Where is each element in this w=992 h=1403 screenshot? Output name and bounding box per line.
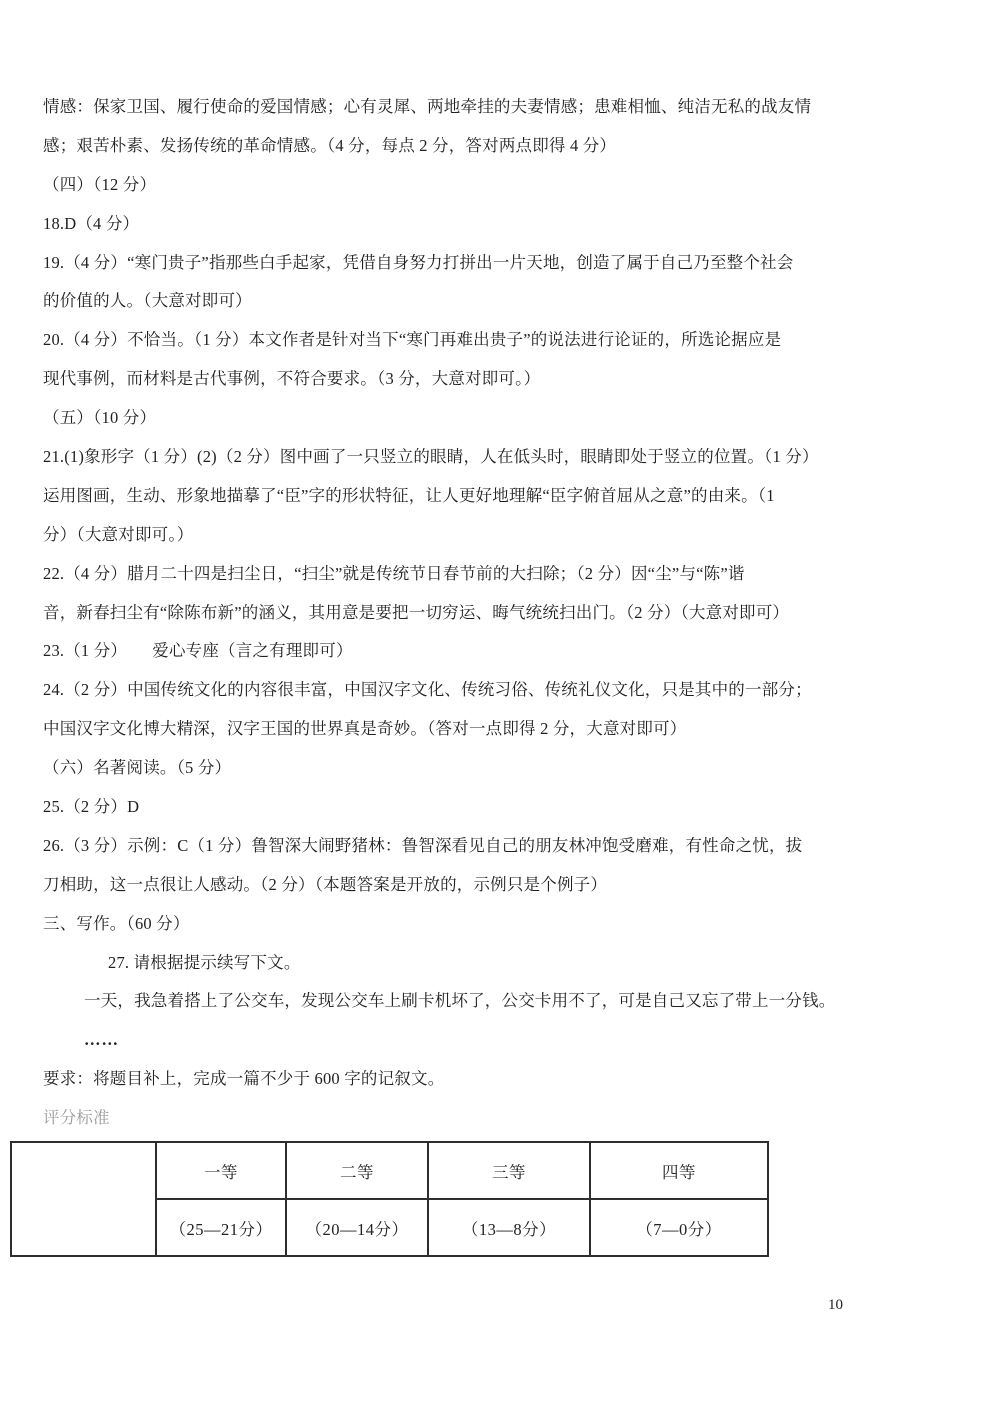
answer-19-line-2: 的价值的人。（大意对即可） [43,282,972,321]
section-five-heading: （五）（10 分） [43,399,972,438]
answer-22-line-2: 音，新春扫尘有“除陈布新”的涵义，其用意是要把一切穷运、晦气统统扫出门。（2 分… [43,594,972,633]
table-header-grade-1: 一等 [156,1142,286,1199]
table-header-grade-3: 三等 [428,1142,590,1199]
answer-23: 23.（1 分） 爱心专座（言之有理即可） [43,632,972,671]
table-header-grade-4: 四等 [590,1142,768,1199]
grading-table: 一等 二等 三等 四等 （25—21分） （20—14分） （13—8分） （7… [10,1141,769,1257]
text-line-emotions-1: 情感：保家卫国、履行使命的爱国情感；心有灵犀、两地牵挂的夫妻情感；患难相恤、纯洁… [43,88,972,127]
table-range-grade-4: （7—0分） [590,1199,768,1256]
text-line-emotions-2: 感；艰苦朴素、发扬传统的革命情感。（4 分，每点 2 分，答对两点即得 4 分） [43,127,972,166]
table-header-grade-2: 二等 [286,1142,428,1199]
question-27-prompt: 27. 请根据提示续写下文。 [43,944,972,983]
ellipsis-line: …… [43,1021,972,1060]
answer-20-line-2: 现代事例，而材料是古代事例，不符合要求。（3 分，大意对即可。） [43,360,972,399]
section-three-writing-heading: 三、写作。（60 分） [43,905,972,944]
answer-key-text: 情感：保家卫国、履行使命的爱国情感；心有灵犀、两地牵挂的夫妻情感；患难相恤、纯洁… [43,88,972,1138]
answer-18: 18.D（4 分） [43,205,972,244]
answer-24-line-2: 中国汉字文化博大精深，汉字王国的世界真是奇妙。（答对一点即得 2 分，大意对即可… [43,710,972,749]
grading-criteria-label: 评分标准 [43,1099,972,1138]
table-header-row: 一等 二等 三等 四等 [11,1142,768,1199]
answer-22-line-1: 22.（4 分）腊月二十四是扫尘日，“扫尘”就是传统节日春节前的大扫除；（2 分… [43,555,972,594]
answer-24-line-1: 24.（2 分）中国传统文化的内容很丰富，中国汉字文化、传统习俗、传统礼仪文化，… [43,671,972,710]
answer-20-line-1: 20.（4 分）不恰当。（1 分）本文作者是针对当下“寒门再难出贵子”的说法进行… [43,321,972,360]
answer-21-line-2: 运用图画，生动、形象地描摹了“臣”字的形状特征，让人更好地理解“臣字俯首屈从之意… [43,477,972,516]
table-range-grade-1: （25—21分） [156,1199,286,1256]
table-cell-empty [11,1142,156,1256]
answer-21-line-1: 21.(1)象形字（1 分）(2)（2 分）图中画了一只竖立的眼睛，人在低头时，… [43,438,972,477]
section-six-heading: （六）名著阅读。（5 分） [43,749,972,788]
answer-26-line-2: 刀相助，这一点很让人感动。（2 分）（本题答案是开放的，示例只是个例子） [43,866,972,905]
answer-26-line-1: 26.（3 分）示例：C（1 分）鲁智深大闹野猪林：鲁智深看见自己的朋友林冲饱受… [43,827,972,866]
answer-25: 25.（2 分）D [43,788,972,827]
writing-requirements: 要求：将题目补上，完成一篇不少于 600 字的记叙文。 [43,1060,972,1099]
table-range-grade-3: （13—8分） [428,1199,590,1256]
writing-prompt-text: 一天，我急着搭上了公交车，发现公交车上刷卡机坏了，公交卡用不了，可是自己又忘了带… [43,982,972,1021]
document-page: 情感：保家卫国、履行使命的爱国情感；心有灵犀、两地牵挂的夫妻情感；患难相恤、纯洁… [0,0,992,1403]
page-number: 10 [828,1297,843,1314]
table-range-grade-2: （20—14分） [286,1199,428,1256]
answer-21-line-3: 分）（大意对即可。） [43,516,972,555]
answer-19-line-1: 19.（4 分）“寒门贵子”指那些白手起家，凭借自身努力打拼出一片天地，创造了属… [43,244,972,283]
section-four-heading: （四）（12 分） [43,166,972,205]
